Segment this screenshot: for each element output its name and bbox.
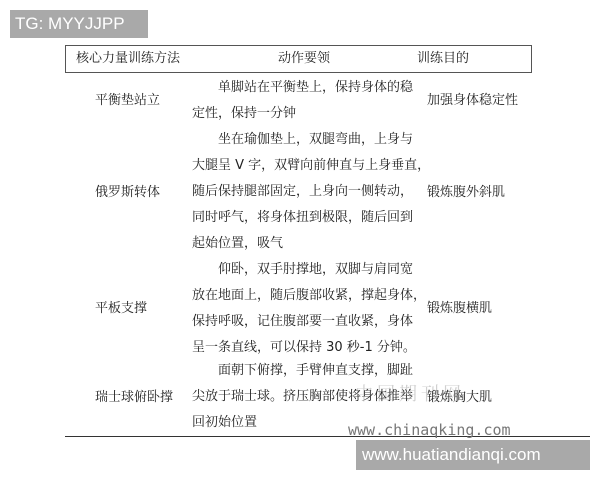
action-line: 起始位置，吸气: [192, 231, 414, 257]
header-action: 动作要领: [278, 46, 330, 72]
header-method: 核心力量训练方法: [76, 46, 180, 72]
watermark-label-top: TG: MYYJJPP: [10, 10, 148, 38]
watermark-label-bottom: www.huatiandianqi.com: [356, 440, 590, 470]
action-line: 随后保持腿部固定，上身向一侧转动，: [192, 179, 414, 205]
action-line: 大腿呈 V 字，双臂向前伸直与上身垂直，: [192, 153, 414, 179]
action-line: 仰卧，双手肘撑地，双脚与肩同宽: [192, 257, 414, 283]
action-cell: 仰卧，双手肘撑地，双脚与肩同宽 放在地面上，随后腹部收紧，撑起身体， 保持呼吸，…: [192, 257, 414, 361]
action-cell: 坐在瑜伽垫上，双腿弯曲，上身与 大腿呈 V 字，双臂向前伸直与上身垂直， 随后保…: [192, 127, 414, 257]
header-purpose: 训练目的: [417, 46, 469, 72]
action-cell: 单脚站在平衡垫上，保持身体的稳 定性，保持一分钟: [192, 75, 414, 127]
table-row: 平板支撑 仰卧，双手肘撑地，双脚与肩同宽 放在地面上，随后腹部收紧，撑起身体， …: [65, 257, 532, 361]
table-row: 俄罗斯转体 坐在瑜伽垫上，双腿弯曲，上身与 大腿呈 V 字，双臂向前伸直与上身垂…: [65, 127, 532, 257]
purpose-cell: 锻炼腹外斜肌: [427, 181, 505, 200]
action-line: 坐在瑜伽垫上，双腿弯曲，上身与: [192, 127, 414, 153]
watermark-url: www.chinaqking.com: [348, 421, 511, 439]
action-line: 定性，保持一分钟: [192, 101, 414, 127]
method-cell: 俄罗斯转体: [95, 181, 195, 200]
table-row: 平衡垫站立 单脚站在平衡垫上，保持身体的稳 定性，保持一分钟 加强身体稳定性: [65, 75, 532, 127]
action-line: 保持呼吸，记住腹部要一直收紧，身体: [192, 309, 414, 335]
action-line: 同时呼气，将身体扭到极限，随后回到: [192, 205, 414, 231]
method-cell: 平板支撑: [95, 297, 195, 316]
purpose-cell: 加强身体稳定性: [427, 89, 518, 108]
purpose-cell: 锻炼腹横肌: [427, 297, 492, 316]
watermark-cn: 中国期刊网: [355, 380, 465, 406]
action-line: 单脚站在平衡垫上，保持身体的稳: [192, 75, 414, 101]
table-header: 核心力量训练方法 动作要领 训练目的: [65, 45, 532, 73]
action-line: 放在地面上，随后腹部收紧，撑起身体，: [192, 283, 414, 309]
method-cell: 平衡垫站立: [95, 89, 195, 108]
method-cell: 瑞士球俯卧撑: [95, 386, 195, 405]
table-bottom-rule: [65, 436, 590, 437]
